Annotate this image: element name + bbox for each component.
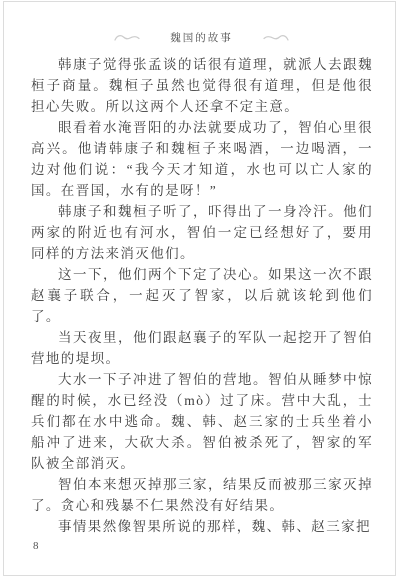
page-number: 8 bbox=[33, 540, 39, 552]
paragraph: 眼看着水淹晋阳的办法就要成功了，智伯心里很高兴。他请韩康子和魏桓子来喝酒，一边喝… bbox=[31, 117, 373, 201]
squiggle-ornament-icon bbox=[263, 33, 289, 43]
paragraph: 当天夜里，他们跟赵襄子的军队一起挖开了智伯营地的堤坝。 bbox=[31, 327, 373, 369]
paragraph: 韩康子觉得张孟谈的话很有道理，就派人去跟魏桓子商量。魏桓子虽然也觉得很有道理，但… bbox=[31, 54, 373, 117]
paragraph: 事情果然像智果所说的那样，魏、韩、赵三家把 bbox=[31, 516, 373, 537]
paragraph: 大水一下子冲进了智伯的营地。智伯从睡梦中惊醒的时候，水已经没（mò）过了床。营中… bbox=[31, 369, 373, 474]
paragraph: 智伯本来想灭掉那三家，结果反而被那三家灭掉了。贪心和残暴不仁果然没有好结果。 bbox=[31, 474, 373, 516]
book-page: 魏国的故事 韩康子觉得张孟谈的话很有道理，就派人去跟魏桓子商量。魏桓子虽然也觉得… bbox=[0, 0, 403, 581]
paragraph: 韩康子和魏桓子听了，吓得出了一身冷汗。他们两家的附近也有河水，智伯一定已经想好了… bbox=[31, 201, 373, 264]
running-head-title: 魏国的故事 bbox=[170, 30, 233, 45]
paragraph: 这一下，他们两个下定了决心。如果这一次不跟赵襄子联合，一起灭了智家，以后就该轮到… bbox=[31, 264, 373, 327]
running-head: 魏国的故事 bbox=[0, 30, 403, 45]
page-body: 韩康子觉得张孟谈的话很有道理，就派人去跟魏桓子商量。魏桓子虽然也觉得很有道理，但… bbox=[31, 54, 373, 537]
squiggle-ornament-icon bbox=[114, 33, 140, 43]
